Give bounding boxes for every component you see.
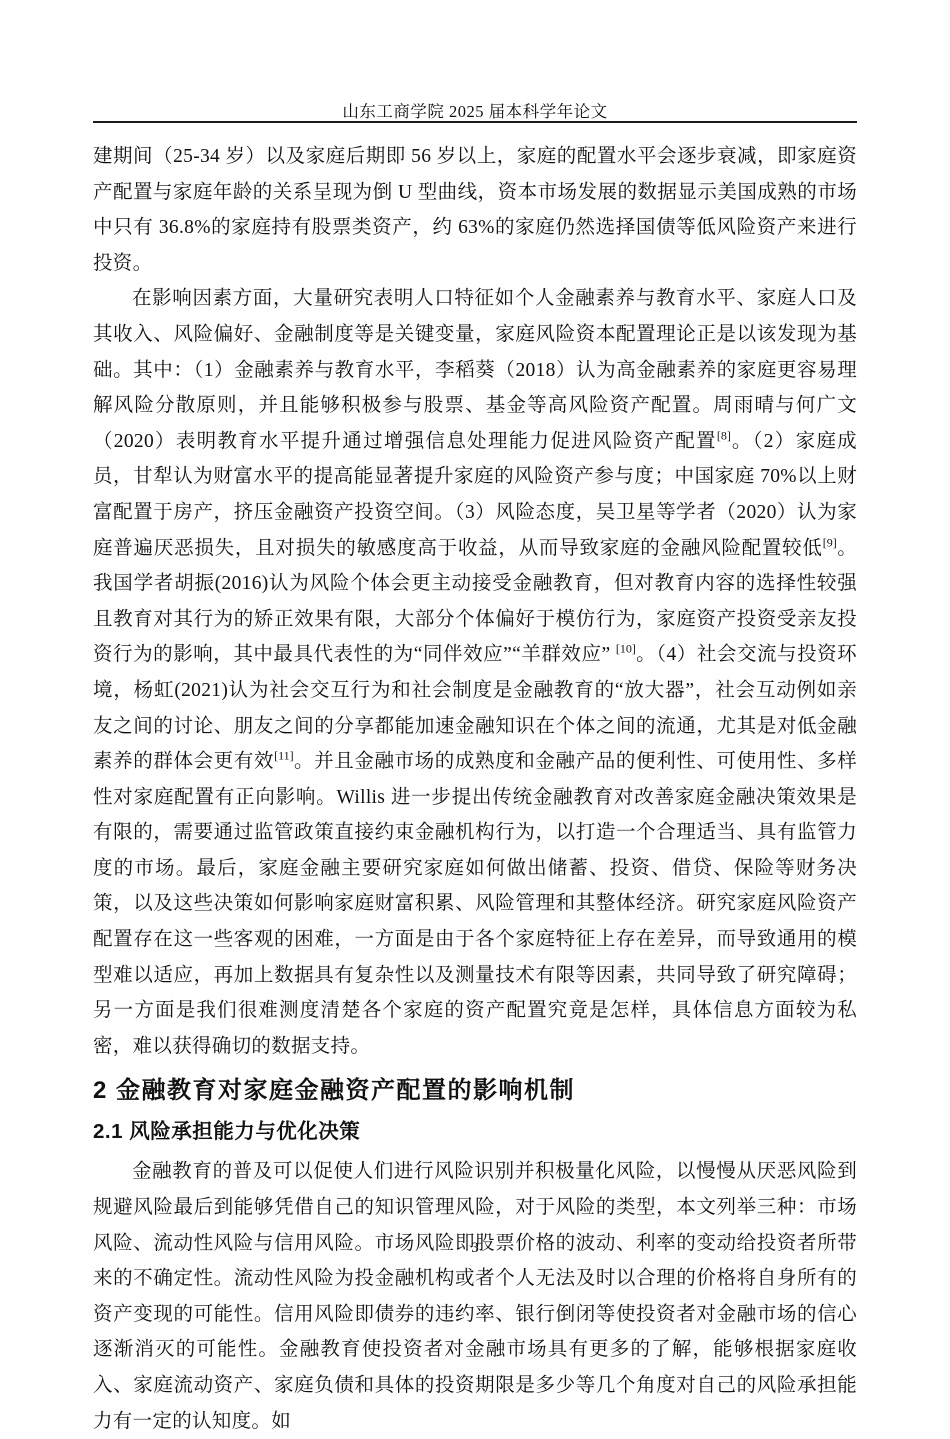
- paragraph: 在影响因素方面，大量研究表明人口特征如个人金融素养与教育水平、家庭人口及其收入、…: [93, 281, 857, 1064]
- citation-superscript: [9]: [823, 535, 837, 549]
- page-number: 3: [0, 1240, 950, 1257]
- citation-superscript: [11]: [274, 749, 294, 763]
- citation-superscript: [10]: [616, 642, 636, 656]
- header-divider-rule: [93, 121, 857, 123]
- citation-superscript: [8]: [717, 428, 731, 442]
- section-heading-h1: 2 金融教育对家庭金融资产配置的影响机制: [93, 1074, 857, 1108]
- paragraph: 金融教育的普及可以促使人们进行风险识别并积极量化风险，以慢慢从厌恶风险到规避风险…: [93, 1154, 857, 1439]
- section-heading-h2: 2.1 风险承担能力与优化决策: [93, 1116, 857, 1148]
- document-page: { "theme": { "background": "#ffffff", "t…: [0, 0, 950, 1344]
- page-header-title: 山东工商学院 2025 届本科学年论文: [93, 98, 857, 122]
- paragraph: 建期间（25-34 岁）以及家庭后期即 56 岁以上，家庭的配置水平会逐步衰减，…: [93, 139, 857, 281]
